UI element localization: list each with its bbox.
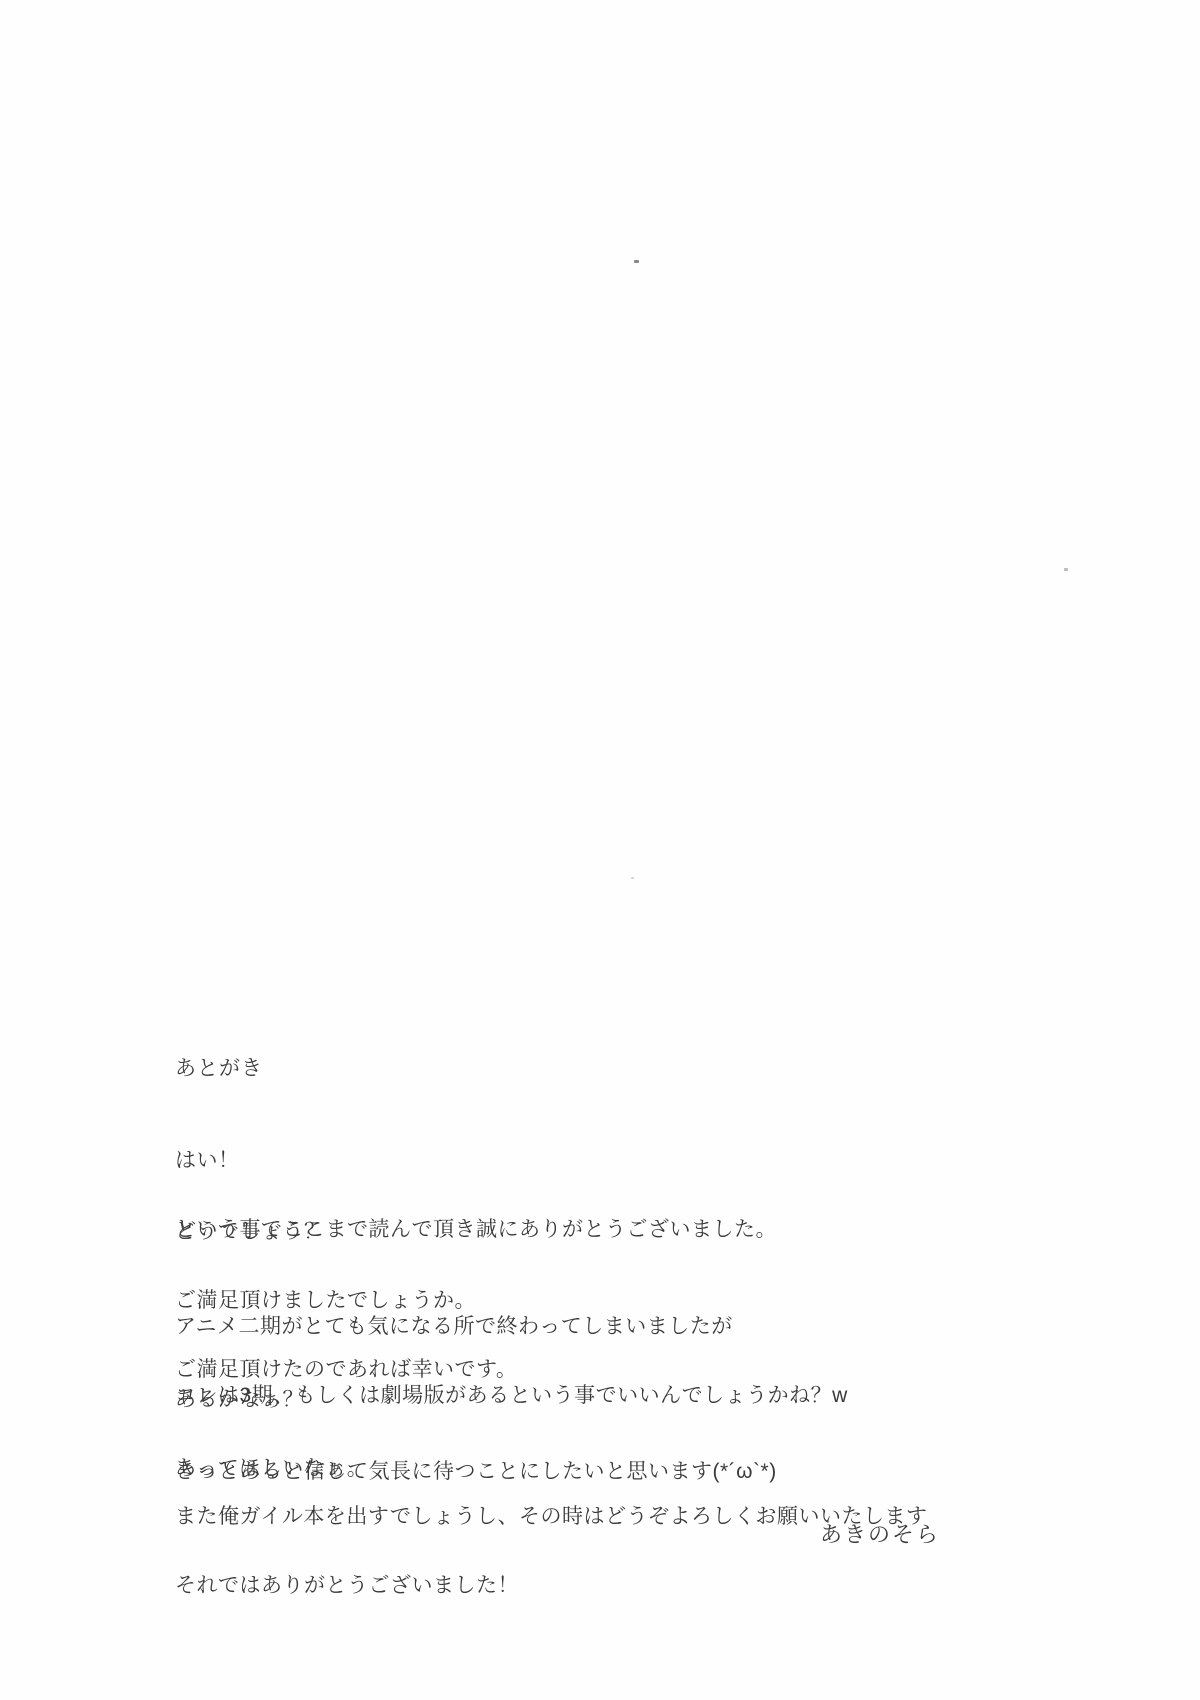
scan-speck bbox=[1064, 568, 1068, 571]
scan-speck bbox=[634, 260, 639, 263]
scan-speck bbox=[631, 877, 634, 879]
text-line: アニメ二期がとても気になる所で終わってしまいましたが bbox=[175, 1315, 848, 1338]
text-line: また俺ガイル本を出すでしょうし、その時はどうぞよろしくお願いいたします bbox=[175, 1505, 928, 1528]
text-line: それではありがとうございました！ bbox=[175, 1574, 928, 1597]
afterword-page: あとがき はい！ という事でここまで読んで頂き誠にありがとうございました。 どう… bbox=[0, 0, 1200, 1700]
afterword-title: あとがき bbox=[175, 1057, 263, 1080]
text-line: あるかなぁ？ bbox=[175, 1388, 368, 1411]
author-signature: あきのそら bbox=[820, 1523, 940, 1547]
paragraph-closing: また俺ガイル本を出すでしょうし、その時はどうぞよろしくお願いいたします それでは… bbox=[175, 1459, 928, 1643]
text-line: どうでしょう？ bbox=[175, 1220, 517, 1243]
text-line: はい！ bbox=[175, 1149, 777, 1172]
